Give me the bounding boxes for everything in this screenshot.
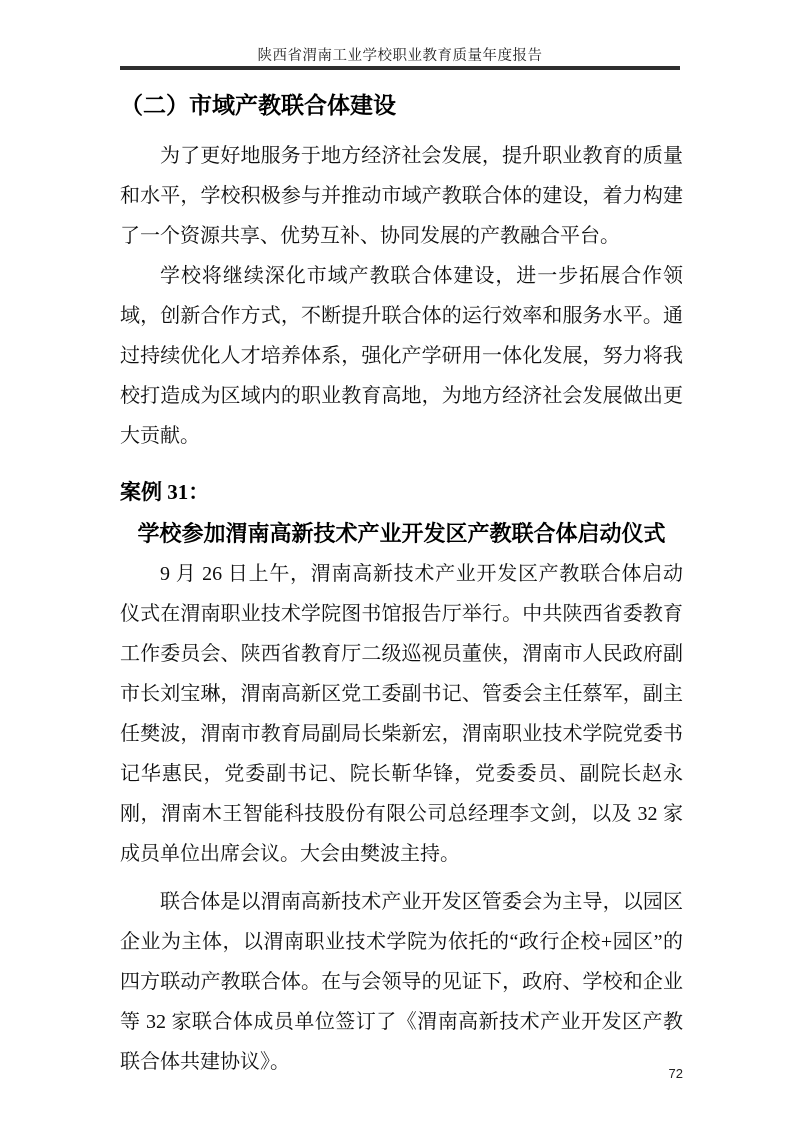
case-paragraph-1: 9 月 26 日上午，渭南高新技术产业开发区产教联合体启动仪式在渭南职业技术学院… xyxy=(120,554,683,874)
header-double-rule xyxy=(120,66,680,70)
document-page: 陕西省渭南工业学校职业教育质量年度报告 （二）市域产教联合体建设 为了更好地服务… xyxy=(0,0,800,1131)
section-heading: （二）市域产教联合体建设 xyxy=(120,90,683,122)
running-header-title: 陕西省渭南工业学校职业教育质量年度报告 xyxy=(0,44,800,65)
page-content: （二）市域产教联合体建设 为了更好地服务于地方经济社会发展，提升职业教育的质量和… xyxy=(120,90,683,1082)
intro-paragraph-2: 学校将继续深化市域产教联合体建设，进一步拓展合作领域，创新合作方式，不断提升联合… xyxy=(120,256,683,456)
case-title: 学校参加渭南高新技术产业开发区产教联合体启动仪式 xyxy=(120,514,683,554)
case-label: 案例 31： xyxy=(120,472,683,512)
intro-paragraph-1: 为了更好地服务于地方经济社会发展，提升职业教育的质量和水平，学校积极参与并推动市… xyxy=(120,136,683,256)
page-number: 72 xyxy=(669,1066,683,1081)
case-paragraph-2: 联合体是以渭南高新技术产业开发区管委会为主导，以园区企业为主体，以渭南职业技术学… xyxy=(120,882,683,1082)
